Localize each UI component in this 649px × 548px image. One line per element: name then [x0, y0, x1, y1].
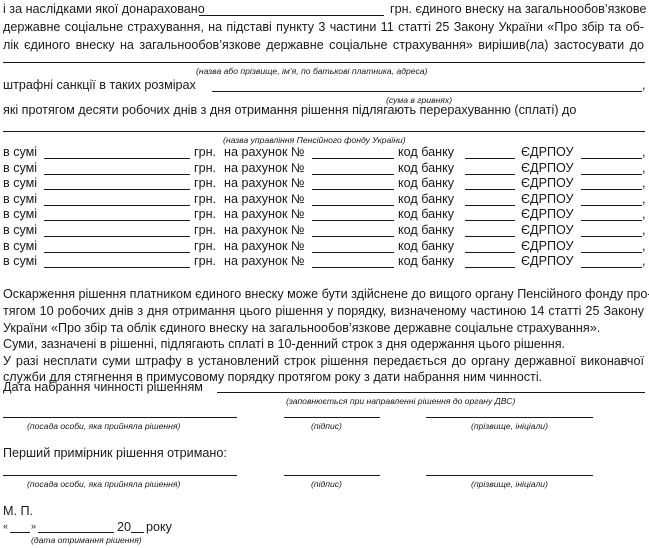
currency-contribution-text: грн. єдиного внеску на загальнообов’язко… [390, 2, 646, 16]
bank-code-label: код банку [398, 176, 454, 190]
sum-field[interactable] [44, 174, 190, 175]
account-label: на рахунок № [224, 239, 305, 253]
sum-field[interactable] [44, 252, 190, 253]
account-label: на рахунок № [224, 176, 305, 190]
currency-label: грн. [194, 176, 216, 190]
fund-office-field[interactable] [3, 131, 645, 132]
sum-field[interactable] [44, 267, 190, 268]
edrpou-field[interactable] [581, 174, 642, 175]
edrpou-label: ЄДРПОУ [521, 239, 574, 253]
date-caption: (дата отримання рішення) [31, 535, 142, 545]
payment-row: в сумігрн.на рахунок №код банкуЄДРПОУ, [0, 254, 649, 268]
row-comma: , [642, 223, 646, 237]
bank-code-field[interactable] [465, 189, 515, 190]
edrpou-label: ЄДРПОУ [521, 254, 574, 268]
fund-caption: (назва управління Пенсійного фонду Украї… [223, 135, 406, 145]
edrpou-field[interactable] [581, 267, 642, 268]
account-field[interactable] [312, 158, 394, 159]
edrpou-field[interactable] [581, 252, 642, 253]
sum-field[interactable] [44, 205, 190, 206]
bank-code-field[interactable] [465, 267, 515, 268]
edrpou-label: ЄДРПОУ [521, 161, 574, 175]
row-comma: , [642, 254, 646, 268]
edrpou-label: ЄДРПОУ [521, 192, 574, 206]
currency-label: грн. [194, 239, 216, 253]
bank-code-field[interactable] [465, 205, 515, 206]
row-comma: , [642, 207, 646, 221]
payer-caption: (назва або прізвище, ім’я, по батькові п… [196, 66, 427, 76]
currency-label: грн. [194, 223, 216, 237]
appeal-line-1: Оскарження рішення платником єдиного вне… [3, 287, 644, 301]
position-caption-1: (посада особи, яка прийняла рішення) [27, 421, 180, 431]
stamp-label: М. П. [3, 504, 33, 518]
position-field-2[interactable] [3, 475, 237, 476]
account-label: на рахунок № [224, 207, 305, 221]
bank-code-field[interactable] [465, 220, 515, 221]
account-field[interactable] [312, 236, 394, 237]
legal-basis-line-2: державне соціальне страхування, на підст… [3, 20, 644, 34]
sum-label: в сумі [3, 145, 37, 159]
row-comma: , [642, 161, 646, 175]
signature-field-2[interactable] [284, 475, 380, 476]
sum-label: в сумі [3, 239, 37, 253]
open-quote: « [3, 521, 8, 531]
bank-code-label: код банку [398, 161, 454, 175]
bank-code-label: код банку [398, 254, 454, 268]
century-text: 20 [117, 520, 131, 534]
appeal-line-5: У разі несплати суми штрафу в установлен… [3, 354, 644, 368]
currency-label: грн. [194, 254, 216, 268]
payment-row: в сумігрн.на рахунок №код банкуЄДРПОУ, [0, 145, 649, 159]
appeal-line-4: Суми, зазначені в рішенні, підлягають сп… [3, 337, 565, 351]
row-comma: , [642, 239, 646, 253]
payment-row: в сумігрн.на рахунок №код банкуЄДРПОУ, [0, 223, 649, 237]
position-field-1[interactable] [3, 417, 237, 418]
currency-label: грн. [194, 207, 216, 221]
edrpou-field[interactable] [581, 205, 642, 206]
account-label: на рахунок № [224, 254, 305, 268]
day-field[interactable] [10, 532, 30, 533]
month-field[interactable] [38, 532, 114, 533]
row-comma: , [642, 145, 646, 159]
payment-row: в сумігрн.на рахунок №код банкуЄДРПОУ, [0, 239, 649, 253]
sum-label: в сумі [3, 207, 37, 221]
signature-field-1[interactable] [284, 417, 380, 418]
sum-field[interactable] [44, 189, 190, 190]
appeal-line-2: тягом 10 робочих днів з дня отримання ць… [3, 304, 644, 318]
payment-row: в сумігрн.на рахунок №код банкуЄДРПОУ, [0, 161, 649, 175]
effective-date-field[interactable] [217, 392, 645, 393]
account-field[interactable] [312, 174, 394, 175]
sum-label: в сумі [3, 223, 37, 237]
effective-date-label: Дата набрання чинності рішенням [3, 380, 203, 394]
close-quote: » [31, 521, 36, 531]
payment-row: в сумігрн.на рахунок №код банкуЄДРПОУ, [0, 207, 649, 221]
appeal-line-3: України «Про збір та облік єдиного внеск… [3, 321, 600, 335]
bank-code-label: код банку [398, 223, 454, 237]
sum-label: в сумі [3, 192, 37, 206]
account-label: на рахунок № [224, 192, 305, 206]
effective-date-caption: (заповнюється при направленні рішення до… [286, 396, 515, 406]
bank-code-label: код банку [398, 145, 454, 159]
bank-code-field[interactable] [465, 174, 515, 175]
account-field[interactable] [312, 189, 394, 190]
edrpou-label: ЄДРПОУ [521, 176, 574, 190]
currency-label: грн. [194, 161, 216, 175]
sanctions-comma: , [642, 78, 646, 92]
edrpou-field[interactable] [581, 158, 642, 159]
bank-code-label: код банку [398, 239, 454, 253]
account-label: на рахунок № [224, 223, 305, 237]
account-label: на рахунок № [224, 145, 305, 159]
account-field[interactable] [312, 252, 394, 253]
sum-label: в сумі [3, 254, 37, 268]
sum-field[interactable] [44, 236, 190, 237]
sum-field[interactable] [44, 220, 190, 221]
signature-caption-1: (підпис) [311, 421, 342, 431]
sum-label: в сумі [3, 161, 37, 175]
edrpou-field[interactable] [581, 189, 642, 190]
currency-label: грн. [194, 145, 216, 159]
bank-code-label: код банку [398, 192, 454, 206]
year-word: року [146, 520, 172, 534]
edrpou-field[interactable] [581, 236, 642, 237]
additional-amount-field[interactable] [199, 15, 384, 16]
edrpou-label: ЄДРПОУ [521, 145, 574, 159]
edrpou-label: ЄДРПОУ [521, 207, 574, 221]
sanctions-amount-field[interactable] [212, 91, 642, 92]
payment-row: в сумігрн.на рахунок №код банкуЄДРПОУ, [0, 176, 649, 190]
transfer-text: які протягом десяти робочих днів з дня о… [3, 103, 576, 117]
bank-code-field[interactable] [465, 158, 515, 159]
sanctions-label: штрафні санкції в таких розмірах [3, 78, 196, 92]
edrpou-label: ЄДРПОУ [521, 223, 574, 237]
bank-code-field[interactable] [465, 236, 515, 237]
row-comma: , [642, 192, 646, 206]
name-field-2[interactable] [426, 475, 593, 476]
bank-code-field[interactable] [465, 252, 515, 253]
account-field[interactable] [312, 267, 394, 268]
year-field[interactable] [131, 532, 144, 533]
account-label: на рахунок № [224, 161, 305, 175]
position-caption-2: (посада особи, яка прийняла рішення) [27, 479, 180, 489]
bank-code-label: код банку [398, 207, 454, 221]
edrpou-field[interactable] [581, 220, 642, 221]
payment-row: в сумігрн.на рахунок №код банкуЄДРПОУ, [0, 192, 649, 206]
account-field[interactable] [312, 220, 394, 221]
row-comma: , [642, 176, 646, 190]
account-field[interactable] [312, 205, 394, 206]
donarahovano-label: і за наслідками якої донараховано [3, 2, 205, 16]
currency-label: грн. [194, 192, 216, 206]
name-caption-1: (прізвище, ініціали) [471, 421, 548, 431]
signature-caption-2: (підпис) [311, 479, 342, 489]
legal-basis-line-3: лік єдиного внеску на загальнообов’язков… [3, 38, 644, 52]
payer-name-field[interactable] [3, 62, 645, 63]
name-caption-2: (прізвище, ініціали) [471, 479, 548, 489]
sum-label: в сумі [3, 176, 37, 190]
name-field-1[interactable] [426, 417, 593, 418]
first-copy-label: Перший примірник рішення отримано: [3, 446, 227, 460]
sum-field[interactable] [44, 158, 190, 159]
